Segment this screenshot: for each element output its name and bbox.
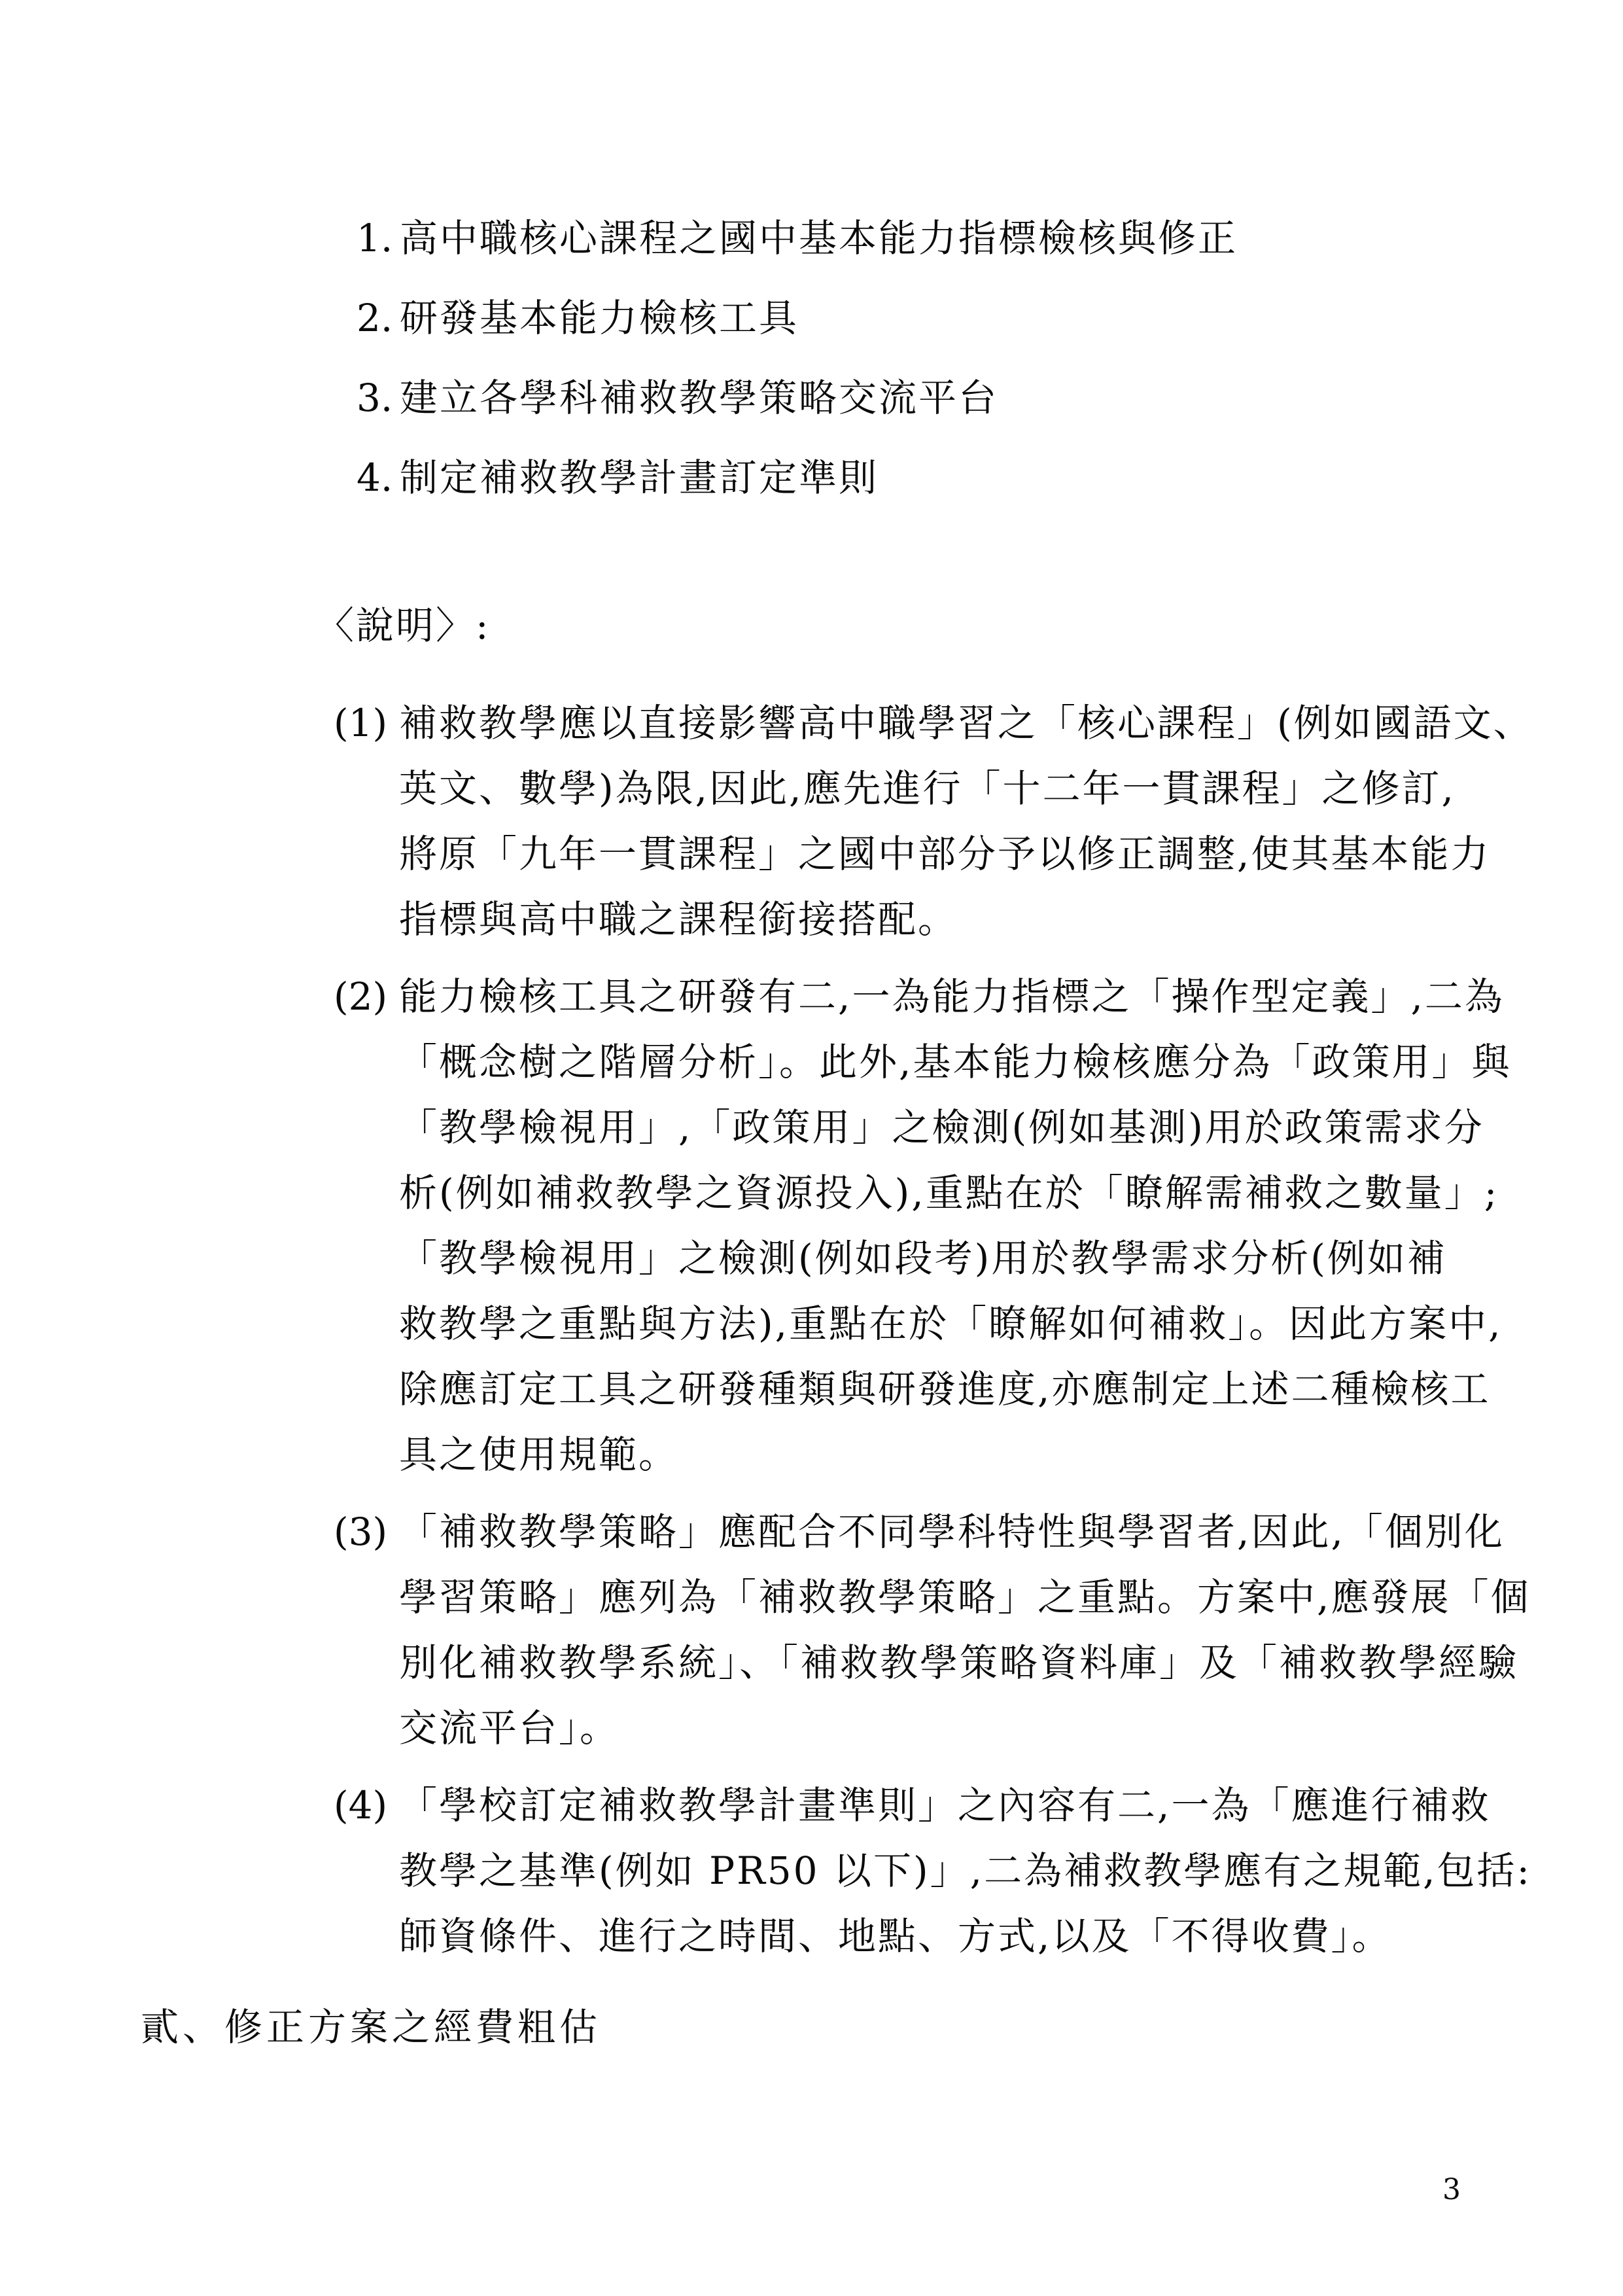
text-line: 將原「九年一貫課程」之國中部分予以修正調整,使其基本能力 [399,821,1623,887]
page-content: 1.高中職核心課程之國中基本能力指標檢核與修正 2.研發基本能力檢核工具 3.建… [0,0,1623,2046]
text-line-content: 「學校訂定補救教學計畫準則」之內容有二,一為「應進行補救 [399,1783,1490,1828]
list-item-text: 研發基本能力檢核工具 [400,296,799,340]
list-item: 3.建立各學科補救教學策略交流平台 [357,379,1623,417]
list-item: 2.研發基本能力檢核工具 [357,299,1623,337]
explanation-item-2: (2)能力檢核工具之研發有二,一為能力指標之「操作型定義」,二為 「概念樹之階層… [399,964,1623,1487]
text-line: (4)「學校訂定補救教學計畫準則」之內容有二,一為「應進行補救 [399,1773,1623,1838]
text-line-content: 「補救教學策略」應配合不同學科特性與學習者,因此,「個別化 [399,1510,1505,1554]
list-item: 4.制定補救教學計畫訂定準則 [357,459,1623,497]
text-line: 具之使用規範。 [399,1422,1623,1487]
explanation-marker: (1) [334,690,399,756]
section-heading: 貳、修正方案之經費粗估 [141,2008,1623,2046]
text-line: 交流平台」。 [399,1695,1623,1761]
text-line: (2)能力檢核工具之研發有二,一為能力指標之「操作型定義」,二為 [399,964,1623,1029]
explanation-item-1: (1)補救教學應以直接影響高中職學習之「核心課程」(例如國語文、 英文、數學)為… [399,690,1623,952]
list-item-number: 3. [357,379,400,417]
text-line: 學習策略」應列為「補救教學策略」之重點。方案中,應發展「個 [399,1564,1623,1630]
page-number: 3 [1442,2176,1461,2204]
text-line: 教學之基準(例如 PR50 以下)」,二為補救教學應有之規範,包括: [399,1838,1623,1903]
text-line: 「教學檢視用」之檢測(例如段考)用於教學需求分析(例如補 [399,1226,1623,1291]
list-item-text: 高中職核心課程之國中基本能力指標檢核與修正 [400,216,1238,260]
list-item-number: 2. [357,299,400,337]
text-line: 師資條件、進行之時間、地點、方式,以及「不得收費」。 [399,1903,1623,1969]
text-line: (1)補救教學應以直接影響高中職學習之「核心課程」(例如國語文、 [399,690,1623,756]
explanation-marker: (3) [334,1499,399,1564]
text-line: 「概念樹之階層分析」。此外,基本能力檢核應分為「政策用」與 [399,1029,1623,1095]
list-item: 1.高中職核心課程之國中基本能力指標檢核與修正 [357,219,1623,257]
numbered-list: 1.高中職核心課程之國中基本能力指標檢核與修正 2.研發基本能力檢核工具 3.建… [357,219,1623,497]
explanation-heading: 〈說明〉: [316,607,1623,645]
text-line: 英文、數學)為限,因此,應先進行「十二年一貫課程」之修訂, [399,756,1623,821]
explanation-item-4: (4)「學校訂定補救教學計畫準則」之內容有二,一為「應進行補救 教學之基準(例如… [399,1773,1623,1969]
text-line-content: 補救教學應以直接影響高中職學習之「核心課程」(例如國語文、 [399,701,1533,745]
text-line: 「教學檢視用」,「政策用」之檢測(例如基測)用於政策需求分 [399,1095,1623,1160]
list-item-text: 建立各學科補救教學策略交流平台 [400,376,998,420]
text-line-content: 能力檢核工具之研發有二,一為能力指標之「操作型定義」,二為 [399,974,1505,1019]
explanation-marker: (4) [334,1773,399,1838]
explanation-item-3: (3)「補救教學策略」應配合不同學科特性與學習者,因此,「個別化 學習策略」應列… [399,1499,1623,1761]
text-line: (3)「補救教學策略」應配合不同學科特性與學習者,因此,「個別化 [399,1499,1623,1564]
list-item-number: 4. [357,459,400,497]
text-line: 指標與高中職之課程銜接搭配。 [399,887,1623,952]
explanation-marker: (2) [334,964,399,1029]
text-line: 別化補救教學系統」、「補救教學策略資料庫」及「補救教學經驗 [399,1630,1623,1695]
text-line: 析(例如補救教學之資源投入),重點在於「瞭解需補救之數量」; [399,1160,1623,1226]
text-line: 除應訂定工具之研發種類與研發進度,亦應制定上述二種檢核工 [399,1356,1623,1422]
list-item-number: 1. [357,219,400,257]
list-item-text: 制定補救教學計畫訂定準則 [400,455,879,500]
document-page: 1.高中職核心課程之國中基本能力指標檢核與修正 2.研發基本能力檢核工具 3.建… [0,0,1623,2296]
text-line: 救教學之重點與方法),重點在於「瞭解如何補救」。因此方案中, [399,1291,1623,1356]
explanation-list: (1)補救教學應以直接影響高中職學習之「核心課程」(例如國語文、 英文、數學)為… [0,690,1623,1969]
